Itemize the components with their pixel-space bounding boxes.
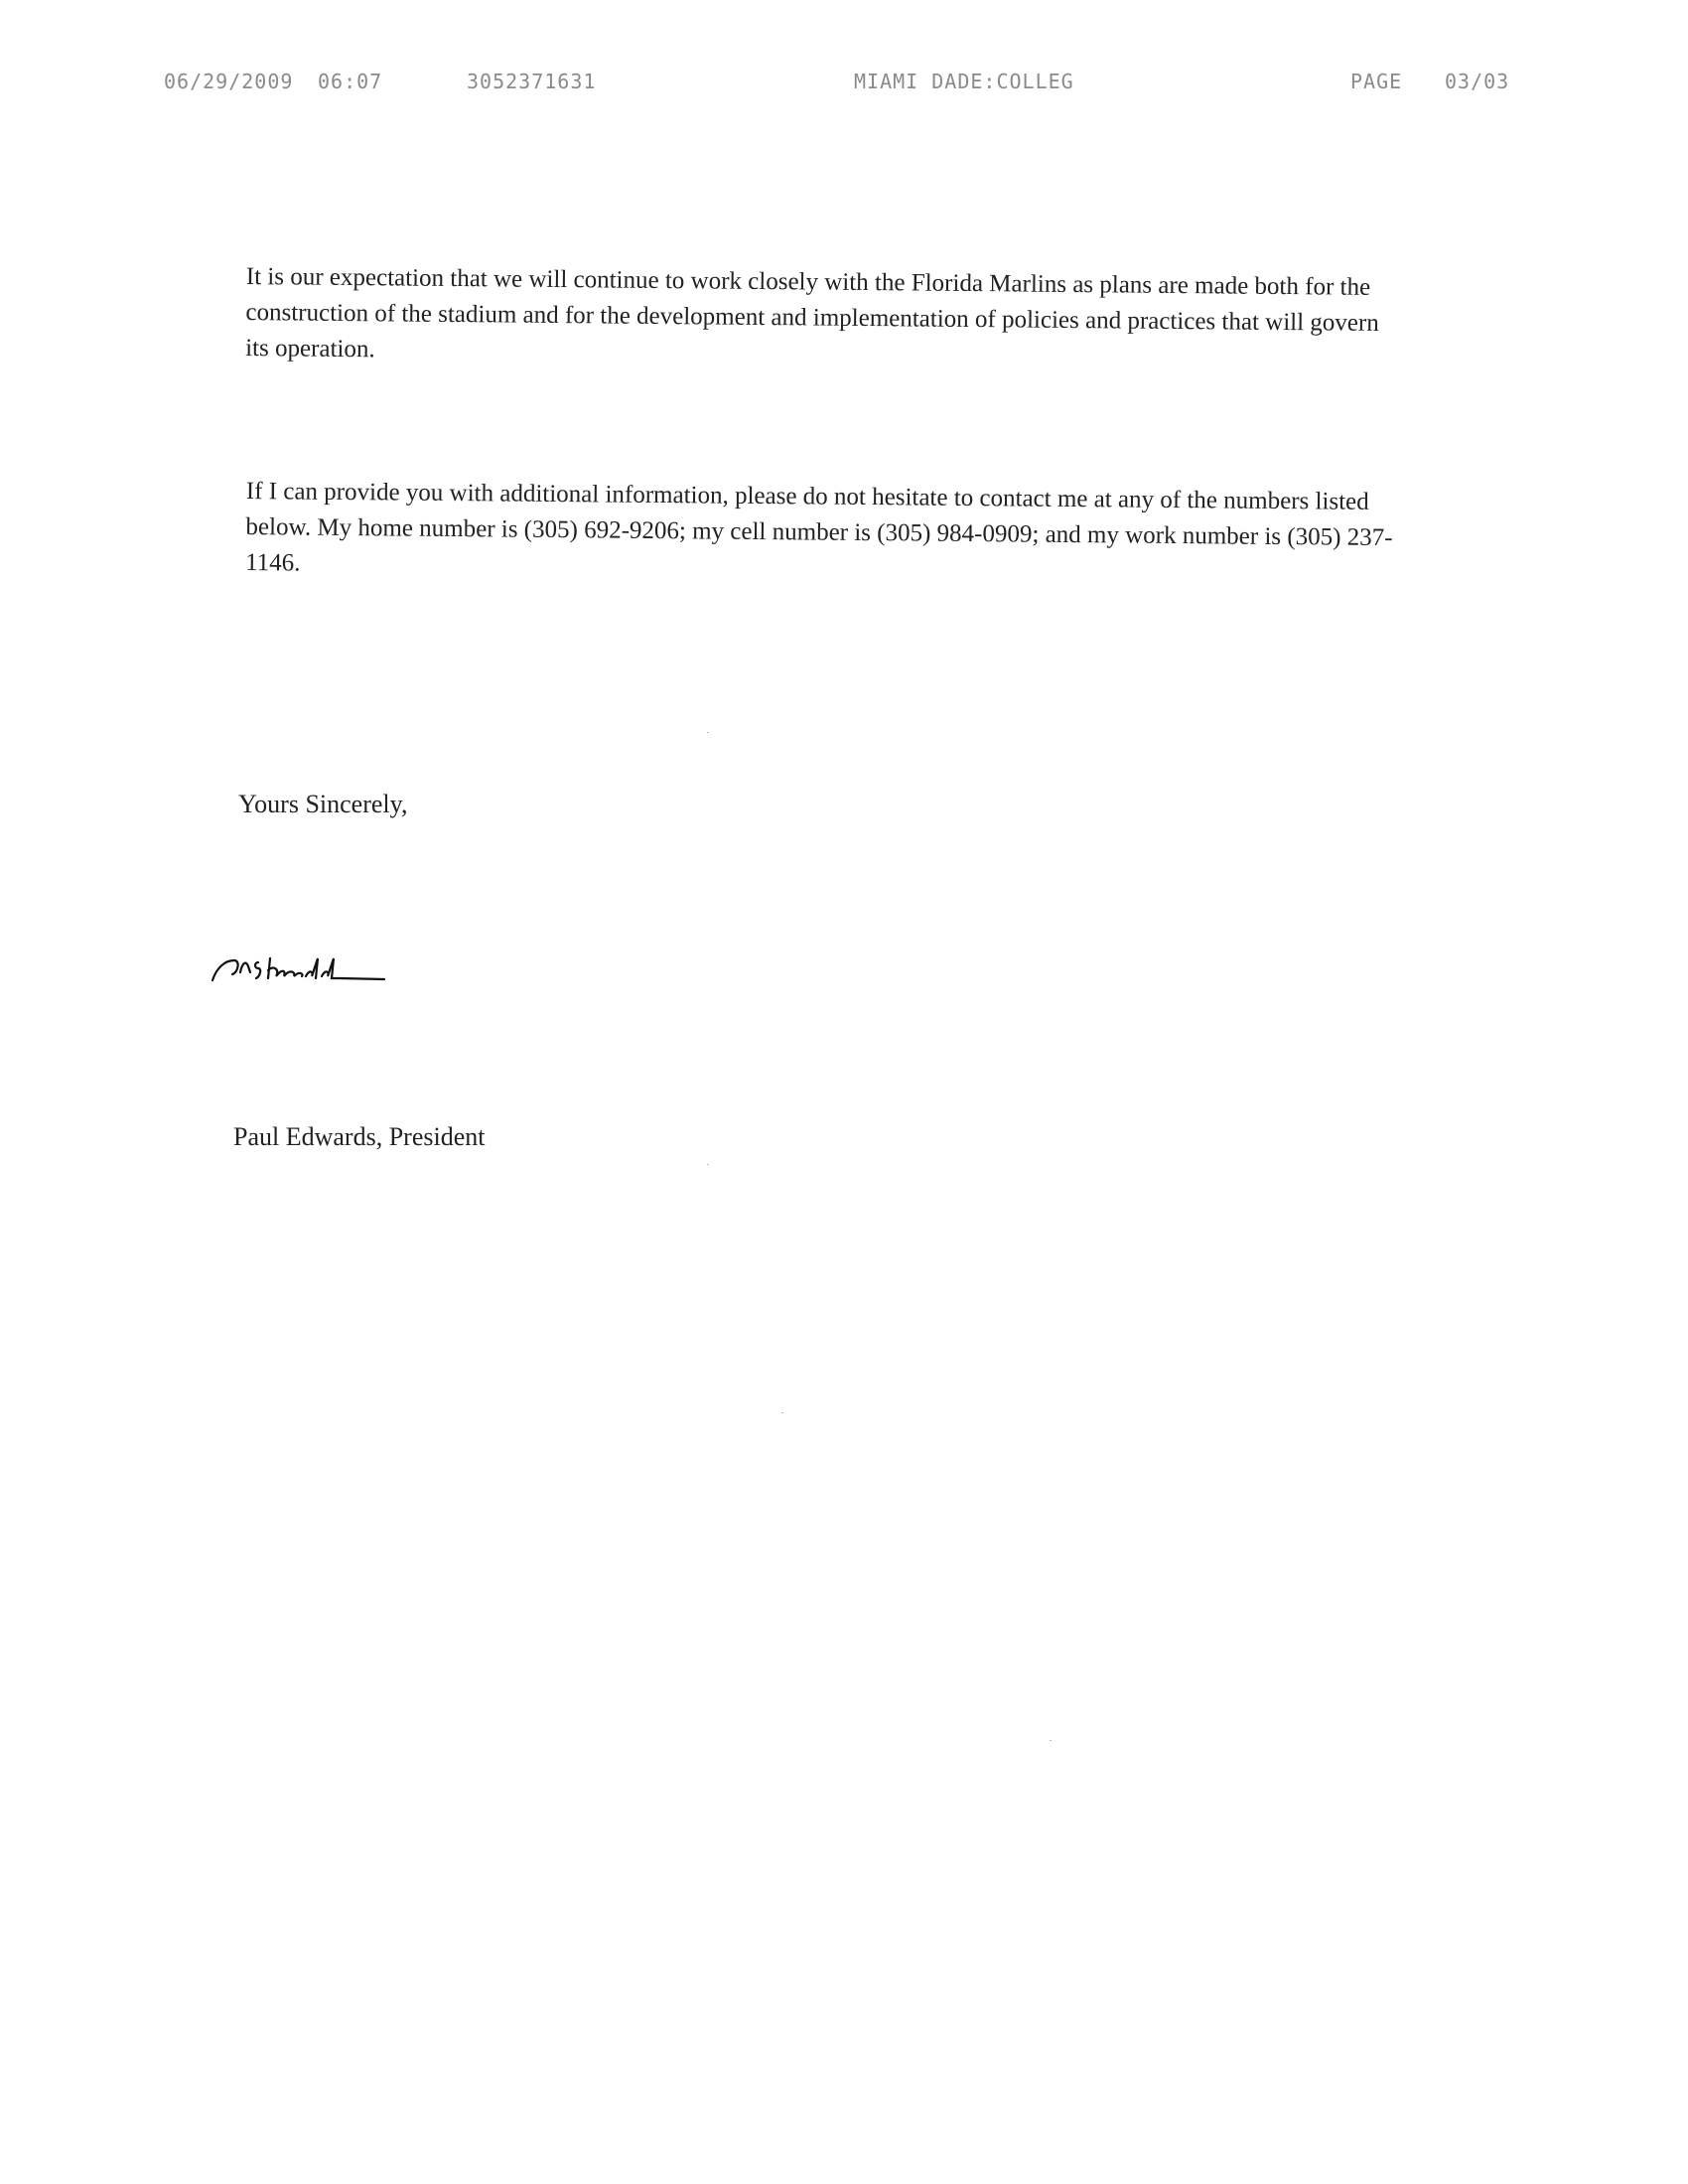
- fax-sender: MIAMI DADE:COLLEG: [854, 70, 1074, 93]
- fax-phone: 3052371631: [467, 70, 596, 93]
- paragraph-contact: If I can provide you with additional inf…: [245, 474, 1398, 592]
- fax-date: 06/29/2009: [164, 70, 293, 93]
- closing: Yours Sincerely,: [238, 790, 407, 819]
- signature-icon: [211, 948, 459, 988]
- fax-header: 06/29/2009 06:07 3052371631 MIAMI DADE:C…: [164, 70, 1514, 99]
- fax-time: 06:07: [318, 70, 382, 93]
- scan-speck: [707, 1164, 709, 1165]
- paragraph-expectation: It is our expectation that we will conti…: [245, 259, 1398, 377]
- fax-page-number: 03/03: [1445, 70, 1509, 93]
- scan-speck: [781, 1412, 783, 1413]
- signer-name-title: Paul Edwards, President: [233, 1122, 485, 1152]
- scan-speck: [1050, 1740, 1052, 1741]
- scan-speck: [707, 732, 709, 733]
- fax-page-label: PAGE: [1350, 70, 1402, 93]
